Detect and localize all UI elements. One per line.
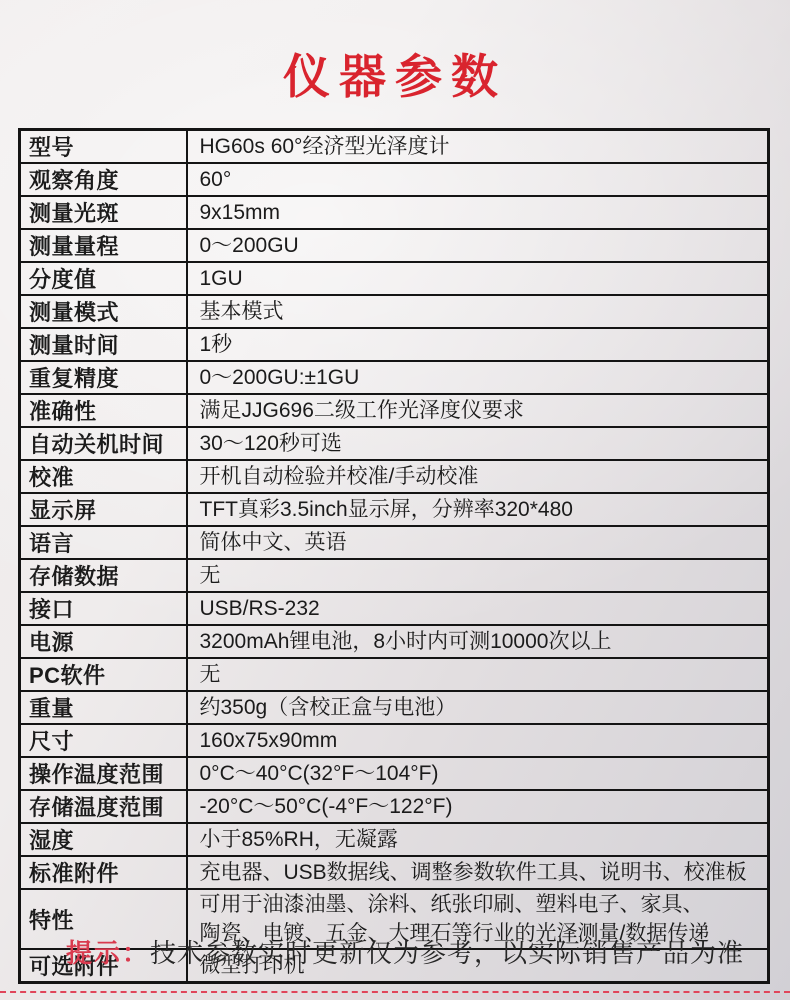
table-row: 测量模式基本模式 (20, 295, 769, 328)
spec-label-cell: 标准附件 (20, 856, 187, 889)
spec-value-cell: 小于85%RH，无凝露 (187, 823, 769, 856)
spec-value-cell: 3200mAh锂电池，8小时内可测10000次以上 (187, 625, 769, 658)
spec-value-cell: 9x15mm (187, 196, 769, 229)
table-row: 接口USB/RS-232 (20, 592, 769, 625)
spec-value-cell: -20°C～50°C(-4°F～122°F) (187, 790, 769, 823)
spec-label-cell: 型号 (20, 130, 187, 164)
spec-label-cell: 测量量程 (20, 229, 187, 262)
spec-value-cell: 1秒 (187, 328, 769, 361)
spec-label-cell: 准确性 (20, 394, 187, 427)
spec-value-cell: 1GU (187, 262, 769, 295)
table-row: 型号HG60s 60°经济型光泽度计 (20, 130, 769, 164)
table-row: 重量约350g（含校正盒与电池） (20, 691, 769, 724)
spec-label-cell: 测量模式 (20, 295, 187, 328)
spec-value-cell: 简体中文、英语 (187, 526, 769, 559)
tip-label: 提示： (66, 938, 150, 968)
table-row: 操作温度范围0°C～40°C(32°F～104°F) (20, 757, 769, 790)
footer-tip: 提示：技术参数实时更新仅为参考，以实际销售产品为准 (66, 933, 744, 970)
table-row: 湿度小于85%RH，无凝露 (20, 823, 769, 856)
spec-value-cell: 30～120秒可选 (187, 427, 769, 460)
spec-label-cell: 接口 (20, 592, 187, 625)
table-row: 观察角度60° (20, 163, 769, 196)
spec-label-cell: 语言 (20, 526, 187, 559)
spec-label-cell: 分度值 (20, 262, 187, 295)
spec-label-cell: 观察角度 (20, 163, 187, 196)
table-row: 测量量程0～200GU (20, 229, 769, 262)
spec-label-cell: 存储温度范围 (20, 790, 187, 823)
spec-label-cell: 显示屏 (20, 493, 187, 526)
spec-value-cell: 0～200GU (187, 229, 769, 262)
table-row: 语言简体中文、英语 (20, 526, 769, 559)
table-row: 校准开机自动检验并校准/手动校准 (20, 460, 769, 493)
spec-value-cell: 160x75x90mm (187, 724, 769, 757)
spec-label-cell: 重量 (20, 691, 187, 724)
table-row: 测量时间1秒 (20, 328, 769, 361)
spec-label-cell: 重复精度 (20, 361, 187, 394)
table-row: 准确性满足JJG696二级工作光泽度仪要求 (20, 394, 769, 427)
spec-value-cell: 基本模式 (187, 295, 769, 328)
spec-value-cell: 60° (187, 163, 769, 196)
table-row: 显示屏TFT真彩3.5inch显示屏，分辨率320*480 (20, 493, 769, 526)
table-row: 测量光斑9x15mm (20, 196, 769, 229)
table-row: 分度值1GU (20, 262, 769, 295)
spec-label-cell: 测量光斑 (20, 196, 187, 229)
spec-value-cell: 0～200GU:±1GU (187, 361, 769, 394)
spec-value-cell: USB/RS-232 (187, 592, 769, 625)
spec-value-cell: 无 (187, 559, 769, 592)
spec-label-cell: 自动关机时间 (20, 427, 187, 460)
page-title: 仪器参数 (0, 40, 790, 107)
spec-label-cell: 测量时间 (20, 328, 187, 361)
table-row: 自动关机时间30～120秒可选 (20, 427, 769, 460)
spec-label-cell: 存储数据 (20, 559, 187, 592)
spec-label-cell: 校准 (20, 460, 187, 493)
table-row: 重复精度0～200GU:±1GU (20, 361, 769, 394)
table-row: 标准附件充电器、USB数据线、调整参数软件工具、说明书、校准板 (20, 856, 769, 889)
spec-table: 型号HG60s 60°经济型光泽度计观察角度60°测量光斑9x15mm测量量程0… (18, 128, 770, 984)
spec-label-cell: 电源 (20, 625, 187, 658)
spec-value-cell: 无 (187, 658, 769, 691)
page-background: 仪器参数 型号HG60s 60°经济型光泽度计观察角度60°测量光斑9x15mm… (0, 0, 790, 1000)
spec-value-cell: TFT真彩3.5inch显示屏，分辨率320*480 (187, 493, 769, 526)
spec-label-cell: PC软件 (20, 658, 187, 691)
spec-label-cell: 尺寸 (20, 724, 187, 757)
spec-value-cell: 0°C～40°C(32°F～104°F) (187, 757, 769, 790)
table-row: 存储温度范围-20°C～50°C(-4°F～122°F) (20, 790, 769, 823)
table-row: PC软件无 (20, 658, 769, 691)
spec-label-cell: 湿度 (20, 823, 187, 856)
spec-value-cell: 开机自动检验并校准/手动校准 (187, 460, 769, 493)
spec-value-cell: 约350g（含校正盒与电池） (187, 691, 769, 724)
spec-value-cell: HG60s 60°经济型光泽度计 (187, 130, 769, 164)
spec-value-cell: 满足JJG696二级工作光泽度仪要求 (187, 394, 769, 427)
tip-text: 技术参数实时更新仅为参考，以实际销售产品为准 (150, 938, 744, 968)
table-row: 电源3200mAh锂电池，8小时内可测10000次以上 (20, 625, 769, 658)
spec-value-cell: 充电器、USB数据线、调整参数软件工具、说明书、校准板 (187, 856, 769, 889)
spec-label-cell: 操作温度范围 (20, 757, 187, 790)
table-row: 存储数据无 (20, 559, 769, 592)
dashed-divider (0, 991, 790, 993)
spec-table-body: 型号HG60s 60°经济型光泽度计观察角度60°测量光斑9x15mm测量量程0… (20, 130, 769, 983)
table-row: 尺寸160x75x90mm (20, 724, 769, 757)
